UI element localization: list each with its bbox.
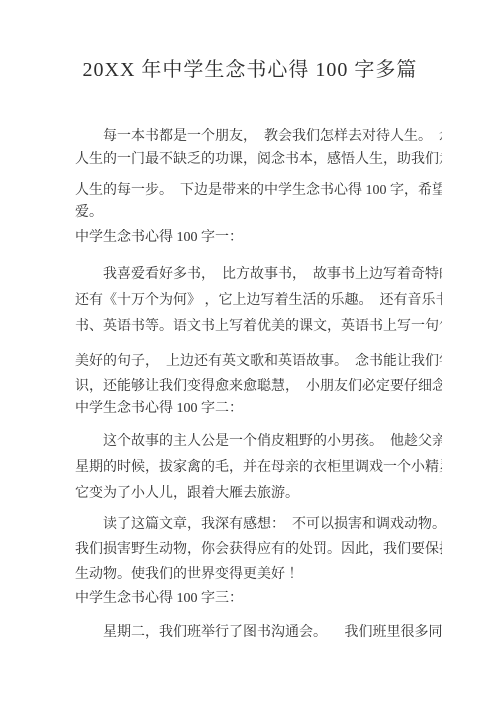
text-line: 星期二，我们班举行了图书沟通会。 我们班里很多同学都展 — [75, 621, 442, 645]
text-line: 这个故事的主人公是一个俏皮粗野的小男孩。 他趁父亲母亲做 — [75, 429, 442, 455]
document-body: 每一本书都是一个朋友， 教会我们怎样去对待人生。 念书是 人生的一门最不缺乏的功… — [0, 125, 500, 645]
document-page: 20XX 年中学生念书心得 100 字多篇 每一本书都是一个朋友， 教会我们怎样… — [0, 0, 500, 707]
section1-paragraph-1: 我喜爱看好多书， 比方故事书， 故事书上边写着奇特的传说 ； 还有《十万个为何》… — [75, 262, 442, 340]
document-title: 20XX 年中学生念书心得 100 字多篇 — [0, 0, 500, 84]
text-line: 书、英语书等。语文书上写着优美的课文，英语书上写一句句 — [75, 314, 442, 340]
text-line: 识，还能够让我们变得愈来愈聪慧， 小朋友们必定要仔细念书哦。 — [75, 374, 442, 399]
section-heading-3: 中学生念书心得 100 字三： — [75, 590, 442, 608]
text-line: 星期的时候，拔家禽的毛，并在母亲的衣柜里调戏一个小精灵，被 — [75, 455, 442, 481]
section-heading-2: 中学生念书心得 100 字二： — [75, 400, 442, 418]
section2-paragraph-2: 读了这篇文章，我深有感想： 不可以损害和调戏动物。假如 我们损害野生动物，你会获… — [75, 512, 442, 587]
text-line: 我们损害野生动物，你会获得应有的处罚。因此，我们要保护野 — [75, 537, 442, 562]
section1-paragraph-2: 美好的句子， 上边还有英文歌和英语故事。 念书能让我们学到知 识，还能够让我们变… — [75, 349, 442, 399]
section3-paragraph-1: 星期二，我们班举行了图书沟通会。 我们班里很多同学都展 — [75, 621, 442, 645]
text-line: 每一本书都是一个朋友， 教会我们怎样去对待人生。 念书是 — [75, 125, 442, 148]
text-line: 读了这篇文章，我深有感想： 不可以损害和调戏动物。假如 — [75, 512, 442, 537]
text-line: 它变为了小人儿，跟着大雁去旅游。 — [75, 481, 442, 507]
text-line: 还有《十万个为何》 ，它上边写着生活的乐趣。 还有音乐书、 语文 — [75, 288, 442, 314]
intro-paragraph-1: 每一本书都是一个朋友， 教会我们怎样去对待人生。 念书是 人生的一门最不缺乏的功… — [75, 125, 442, 171]
section2-paragraph-1: 这个故事的主人公是一个俏皮粗野的小男孩。 他趁父亲母亲做 星期的时候，拔家禽的毛… — [75, 429, 442, 507]
section-heading-1: 中学生念书心得 100 字一： — [75, 229, 442, 247]
text-line: 爱。 — [75, 202, 442, 224]
text-line: 我喜爱看好多书， 比方故事书， 故事书上边写着奇特的传说 ； — [75, 262, 442, 288]
text-line: 人生的一门最不缺乏的功课，阅念书本，感悟人生，助我们走好 — [75, 148, 442, 171]
text-line: 生动物。使我们的世界变得更美好 ！ — [75, 562, 442, 587]
text-line: 人生的每一步。 下边是带来的中学生念书心得 100 字，希望大家喜 — [75, 180, 442, 202]
text-line: 美好的句子， 上边还有英文歌和英语故事。 念书能让我们学到知 — [75, 349, 442, 374]
intro-paragraph-2: 人生的每一步。 下边是带来的中学生念书心得 100 字，希望大家喜 爱。 — [75, 180, 442, 224]
